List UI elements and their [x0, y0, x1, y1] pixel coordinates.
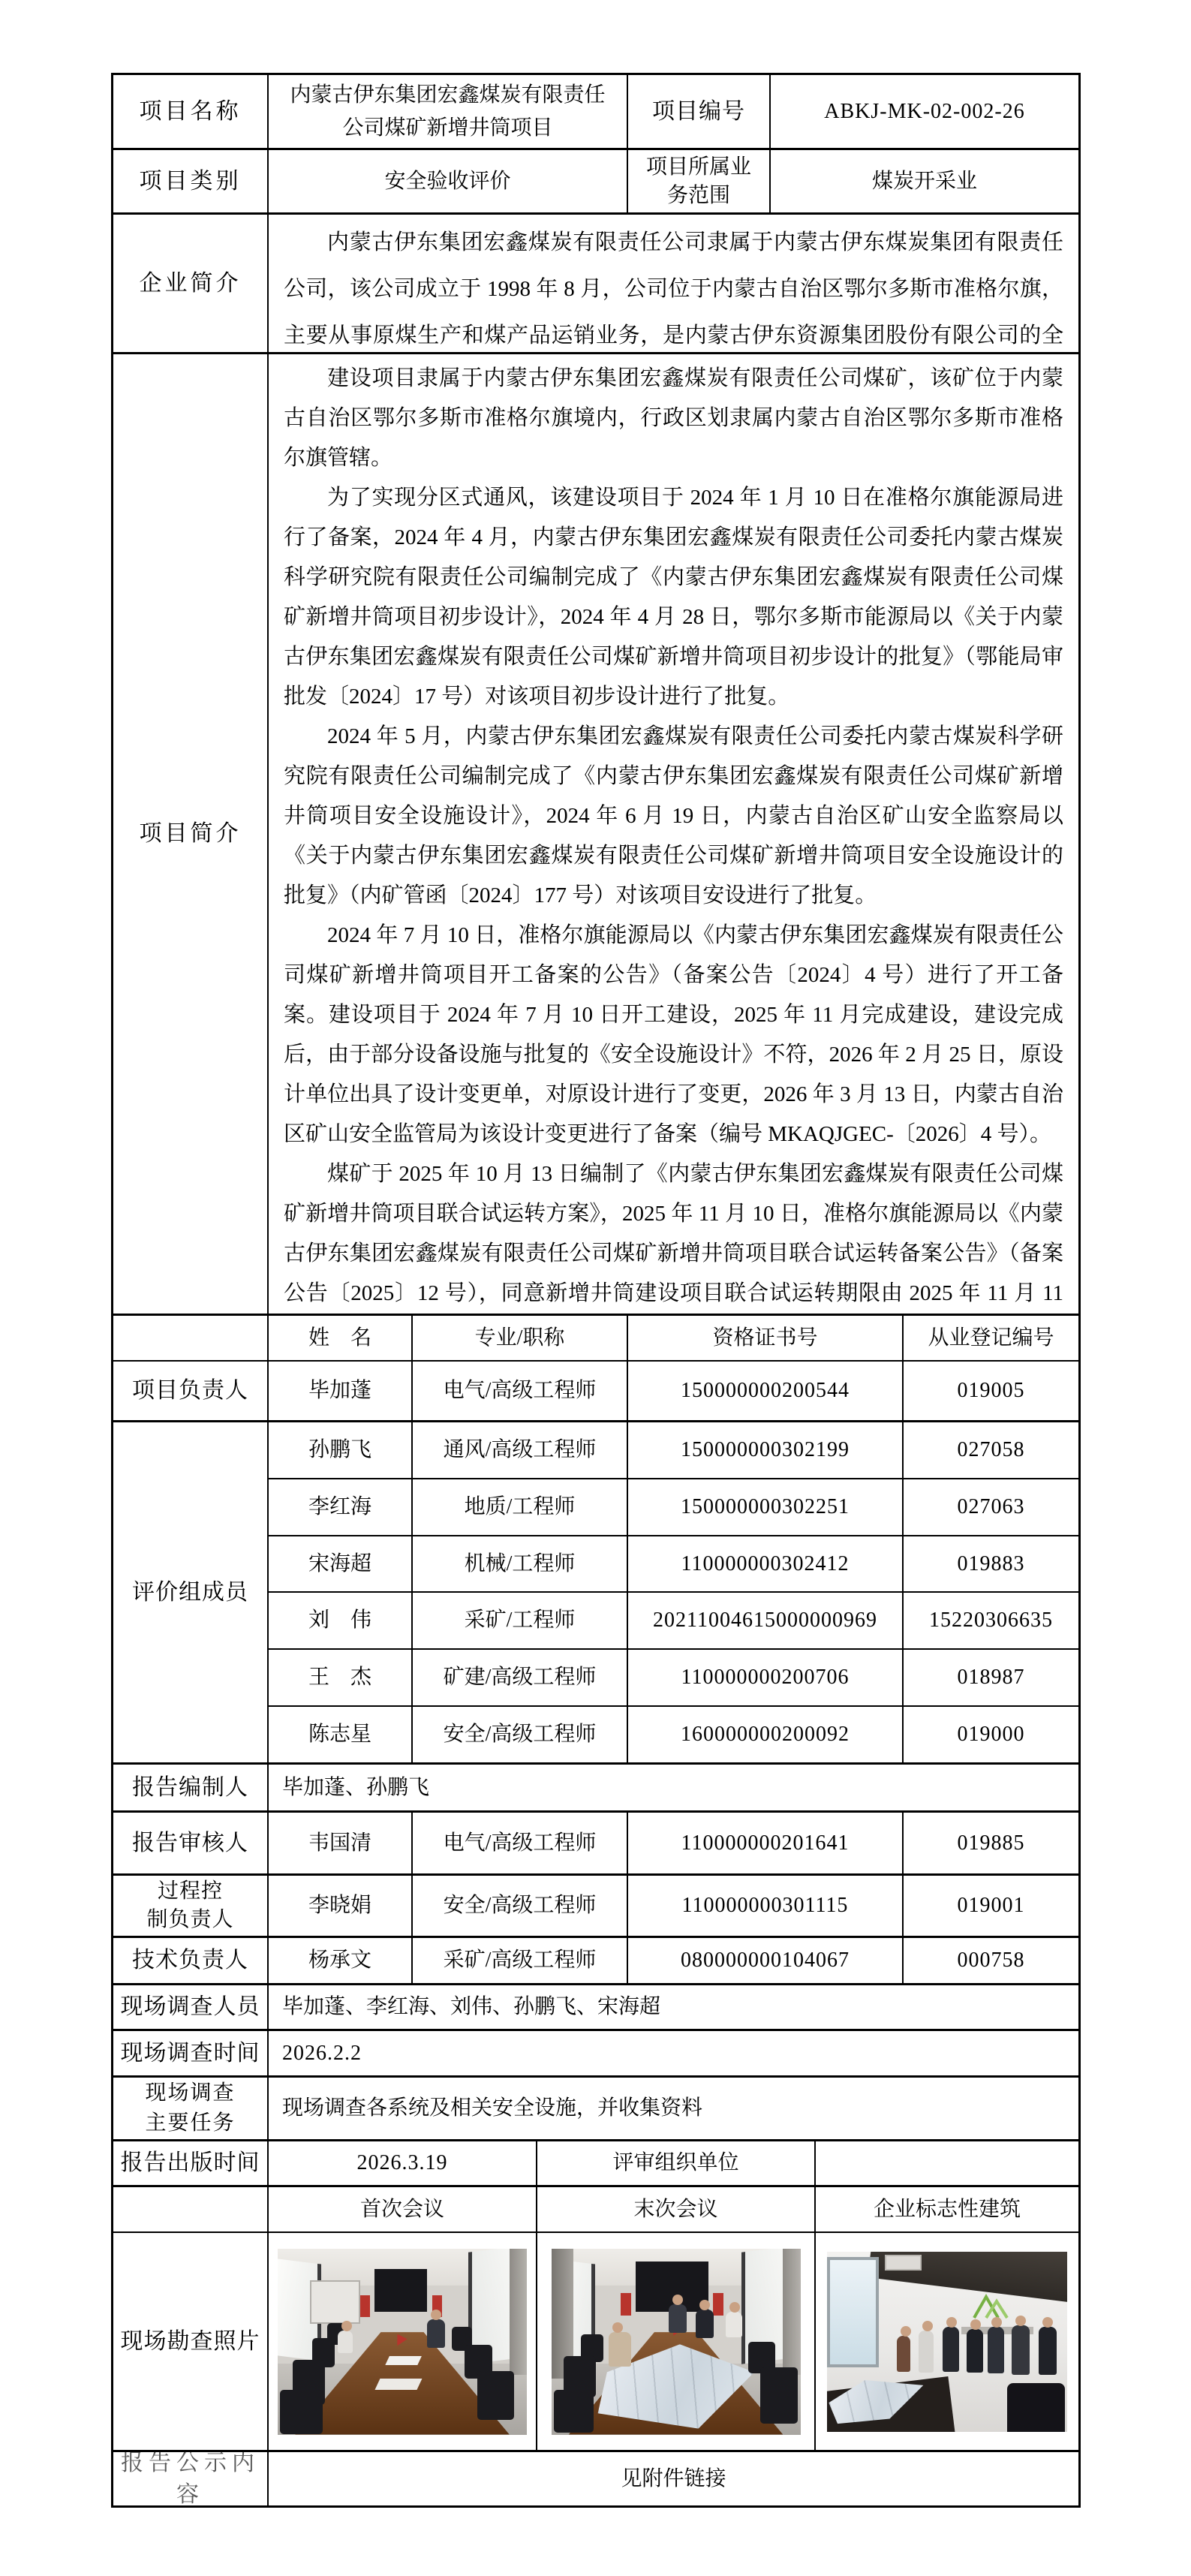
table-row: 孙鹏飞 通风/高级工程师 150000000302199 027058: [267, 1422, 1078, 1478]
report-publicity-value: 见附件链接: [267, 2452, 1078, 2505]
reviewer-name: 韦国清: [267, 1813, 411, 1873]
photo-landmark-building: [827, 2252, 1067, 2432]
table-row: 刘 伟 采矿/工程师 20211004615000000969 15220306…: [267, 1591, 1078, 1648]
member-title: 通风/高级工程师: [411, 1422, 627, 1478]
project-name-label: 项目名称: [113, 75, 267, 148]
process-name: 李晓娟: [267, 1876, 411, 1936]
company-profile-paragraph: 内蒙古伊东集团宏鑫煤炭有限责任公司隶属于内蒙古伊东煤炭集团有限责任公司，该公司成…: [284, 219, 1063, 352]
evaluation-team-label: 评价组成员: [113, 1422, 267, 1762]
member-reg: 019883: [902, 1536, 1078, 1592]
row-report-publicity: 报告公示内容 见附件链接: [113, 2450, 1078, 2505]
photo-first-meeting: [278, 2249, 527, 2435]
process-cert: 110000000301115: [627, 1876, 902, 1936]
member-title: 安全/高级工程师: [411, 1707, 627, 1762]
row-photo-captions: 首次会议 末次会议 企业标志性建筑: [113, 2185, 1078, 2231]
member-reg: 027058: [902, 1422, 1078, 1478]
company-logo-icon: [967, 2291, 1015, 2321]
tech-cert: 080000000104067: [627, 1938, 902, 1983]
tech-title: 采矿/高级工程师: [411, 1938, 627, 1983]
caption-landmark-building: 企业标志性建筑: [814, 2187, 1078, 2231]
row-report-reviewer: 报告审核人 韦国清 电气/高级工程师 110000000201641 01988…: [113, 1810, 1078, 1873]
row-process-control: 过程控 制负责人 李晓娟 安全/高级工程师 110000000301115 01…: [113, 1873, 1078, 1936]
member-cert: 150000000302199: [627, 1422, 902, 1478]
member-reg: 027063: [902, 1479, 1078, 1535]
member-title: 矿建/高级工程师: [411, 1650, 627, 1705]
col-header-reg: 从业登记编号: [902, 1316, 1078, 1360]
table-row: 李红海 地质/工程师 150000000302251 027063: [267, 1478, 1078, 1535]
member-name: 李红海: [267, 1479, 411, 1535]
row-site-photos: 现场勘查照片: [113, 2231, 1078, 2450]
process-title: 安全/高级工程师: [411, 1876, 627, 1936]
report-reviewer-label: 报告审核人: [113, 1813, 267, 1873]
publish-date-label: 报告出版时间: [113, 2141, 267, 2185]
member-title: 机械/工程师: [411, 1536, 627, 1592]
table-row: 王 杰 矿建/高级工程师 110000000200706 018987: [267, 1648, 1078, 1705]
report-writers-value: 毕加蓬、孙鹏飞: [267, 1765, 1078, 1810]
col-header-name: 姓 名: [267, 1316, 411, 1360]
row-survey-people: 现场调查人员 毕加蓬、李红海、刘伟、孙鹏飞、宋海超: [113, 1983, 1078, 2029]
member-cert: 160000000200092: [627, 1707, 902, 1762]
project-profile-paragraph: 建设项目隶属于内蒙古伊东集团宏鑫煤炭有限责任公司煤矿，该矿位于内蒙古自治区鄂尔多…: [284, 359, 1063, 478]
business-scope-label: 项目所属业 务范围: [627, 150, 769, 212]
personnel-header-spacer: [113, 1316, 267, 1360]
table-row: 陈志星 安全/高级工程师 160000000200092 019000: [267, 1705, 1078, 1762]
member-reg: 15220306635: [902, 1593, 1078, 1648]
project-profile-text: 建设项目隶属于内蒙古伊东集团宏鑫煤炭有限责任公司煤矿，该矿位于内蒙古自治区鄂尔多…: [267, 354, 1078, 1314]
row-technical-lead: 技术负责人 杨承文 采矿/高级工程师 080000000104067 00075…: [113, 1936, 1078, 1983]
caption-first-meeting: 首次会议: [267, 2187, 536, 2231]
project-profile-paragraph: 2024 年 7 月 10 日，准格尔旗能源局以《内蒙古伊东集团宏鑫煤炭有限责任…: [284, 916, 1063, 1154]
col-header-cert: 资格证书号: [627, 1316, 902, 1360]
member-name: 孙鹏飞: [267, 1422, 411, 1478]
member-name: 宋海超: [267, 1536, 411, 1592]
report-publicity-label: 报告公示内容: [113, 2452, 267, 2505]
member-name: 王 杰: [267, 1650, 411, 1705]
leader-name: 毕加蓬: [267, 1362, 411, 1420]
project-profile-paragraph: 2024 年 5 月，内蒙古伊东集团宏鑫煤炭有限责任公司委托内蒙古煤炭科学研究院…: [284, 717, 1063, 916]
project-info-table: 项目名称 内蒙古伊东集团宏鑫煤炭有限责任公司煤矿新增井筒项目 项目编号 ABKJ…: [111, 73, 1081, 2508]
survey-time-value: 2026.2.2: [267, 2031, 1078, 2075]
row-project-name: 项目名称 内蒙古伊东集团宏鑫煤炭有限责任公司煤矿新增井筒项目 项目编号 ABKJ…: [113, 75, 1078, 148]
row-report-writers: 报告编制人 毕加蓬、孙鹏飞: [113, 1762, 1078, 1810]
member-title: 地质/工程师: [411, 1479, 627, 1535]
leader-title: 电气/高级工程师: [411, 1362, 627, 1420]
project-profile-paragraph: 煤矿于 2025 年 10 月 13 日编制了《内蒙古伊东集团宏鑫煤炭有限责任公…: [284, 1154, 1063, 1314]
project-profile-label: 项目简介: [113, 354, 267, 1314]
reviewer-reg: 019885: [902, 1813, 1078, 1873]
technical-lead-label: 技术负责人: [113, 1938, 267, 1983]
row-survey-time: 现场调查时间 2026.2.2: [113, 2029, 1078, 2075]
project-no-label: 项目编号: [627, 75, 769, 148]
col-header-title: 专业/职称: [411, 1316, 627, 1360]
photo-cell-last-meeting: [536, 2233, 814, 2450]
tech-reg: 000758: [902, 1938, 1078, 1983]
caption-last-meeting: 末次会议: [536, 2187, 814, 2231]
photo-cell-landmark-building: [814, 2233, 1078, 2450]
photo-cell-first-meeting: [267, 2233, 536, 2450]
survey-task-label: 现场调查 主要任务: [113, 2078, 267, 2139]
survey-time-label: 现场调查时间: [113, 2031, 267, 2075]
member-name: 陈志星: [267, 1707, 411, 1762]
company-profile-text: 内蒙古伊东集团宏鑫煤炭有限责任公司隶属于内蒙古伊东煤炭集团有限责任公司，该公司成…: [267, 215, 1078, 352]
process-control-label: 过程控 制负责人: [113, 1876, 267, 1936]
row-publish-date: 报告出版时间 2026.3.19 评审组织单位: [113, 2139, 1078, 2185]
row-survey-task: 现场调查 主要任务 现场调查各系统及相关安全设施，并收集资料: [113, 2075, 1078, 2139]
review-org-label: 评审组织单位: [536, 2141, 814, 2185]
survey-people-value: 毕加蓬、李红海、刘伟、孙鹏飞、宋海超: [267, 1985, 1078, 2029]
leader-reg: 019005: [902, 1362, 1078, 1420]
member-reg: 018987: [902, 1650, 1078, 1705]
project-leader-label: 项目负责人: [113, 1362, 267, 1420]
report-writers-label: 报告编制人: [113, 1765, 267, 1810]
row-project-leader: 项目负责人 毕加蓬 电气/高级工程师 150000000200544 01900…: [113, 1360, 1078, 1420]
photo-last-meeting: [552, 2249, 801, 2435]
member-name: 刘 伟: [267, 1593, 411, 1648]
member-cert: 110000000200706: [627, 1650, 902, 1705]
publish-date-value: 2026.3.19: [267, 2141, 536, 2185]
table-row: 宋海超 机械/工程师 110000000302412 019883: [267, 1535, 1078, 1592]
project-no-value: ABKJ-MK-02-002-26: [769, 75, 1078, 148]
project-name-value: 内蒙古伊东集团宏鑫煤炭有限责任公司煤矿新增井筒项目: [267, 75, 627, 148]
row-evaluation-team: 评价组成员 孙鹏飞 通风/高级工程师 150000000302199 02705…: [113, 1420, 1078, 1762]
row-personnel-header: 姓 名 专业/职称 资格证书号 从业登记编号: [113, 1314, 1078, 1360]
member-cert: 110000000302412: [627, 1536, 902, 1592]
member-reg: 019000: [902, 1707, 1078, 1762]
category-value: 安全验收评价: [267, 150, 627, 212]
row-category: 项目类别 安全验收评价 项目所属业 务范围 煤炭开采业: [113, 148, 1078, 212]
row-company-profile: 企业简介 内蒙古伊东集团宏鑫煤炭有限责任公司隶属于内蒙古伊东煤炭集团有限责任公司…: [113, 212, 1078, 352]
member-cert: 20211004615000000969: [627, 1593, 902, 1648]
leader-cert: 150000000200544: [627, 1362, 902, 1420]
document-page: 项目名称 内蒙古伊东集团宏鑫煤炭有限责任公司煤矿新增井筒项目 项目编号 ABKJ…: [0, 0, 1191, 2576]
row-project-profile: 项目简介 建设项目隶属于内蒙古伊东集团宏鑫煤炭有限责任公司煤矿，该矿位于内蒙古自…: [113, 352, 1078, 1314]
business-scope-value: 煤炭开采业: [769, 150, 1078, 212]
category-label: 项目类别: [113, 150, 267, 212]
process-reg: 019001: [902, 1876, 1078, 1936]
member-title: 采矿/工程师: [411, 1593, 627, 1648]
survey-task-value: 现场调查各系统及相关安全设施，并收集资料: [267, 2078, 1078, 2139]
project-profile-paragraph: 为了实现分区式通风，该建设项目于 2024 年 1 月 10 日在准格尔旗能源局…: [284, 478, 1063, 717]
reviewer-title: 电气/高级工程师: [411, 1813, 627, 1873]
member-cert: 150000000302251: [627, 1479, 902, 1535]
evaluation-team-rows: 孙鹏飞 通风/高级工程师 150000000302199 027058 李红海 …: [267, 1422, 1078, 1762]
tech-name: 杨承文: [267, 1938, 411, 1983]
photo-caption-spacer: [113, 2187, 267, 2231]
company-profile-label: 企业简介: [113, 215, 267, 352]
survey-people-label: 现场调查人员: [113, 1985, 267, 2029]
site-photos-label: 现场勘查照片: [113, 2233, 267, 2450]
review-org-value: [814, 2141, 1078, 2185]
reviewer-cert: 110000000201641: [627, 1813, 902, 1873]
